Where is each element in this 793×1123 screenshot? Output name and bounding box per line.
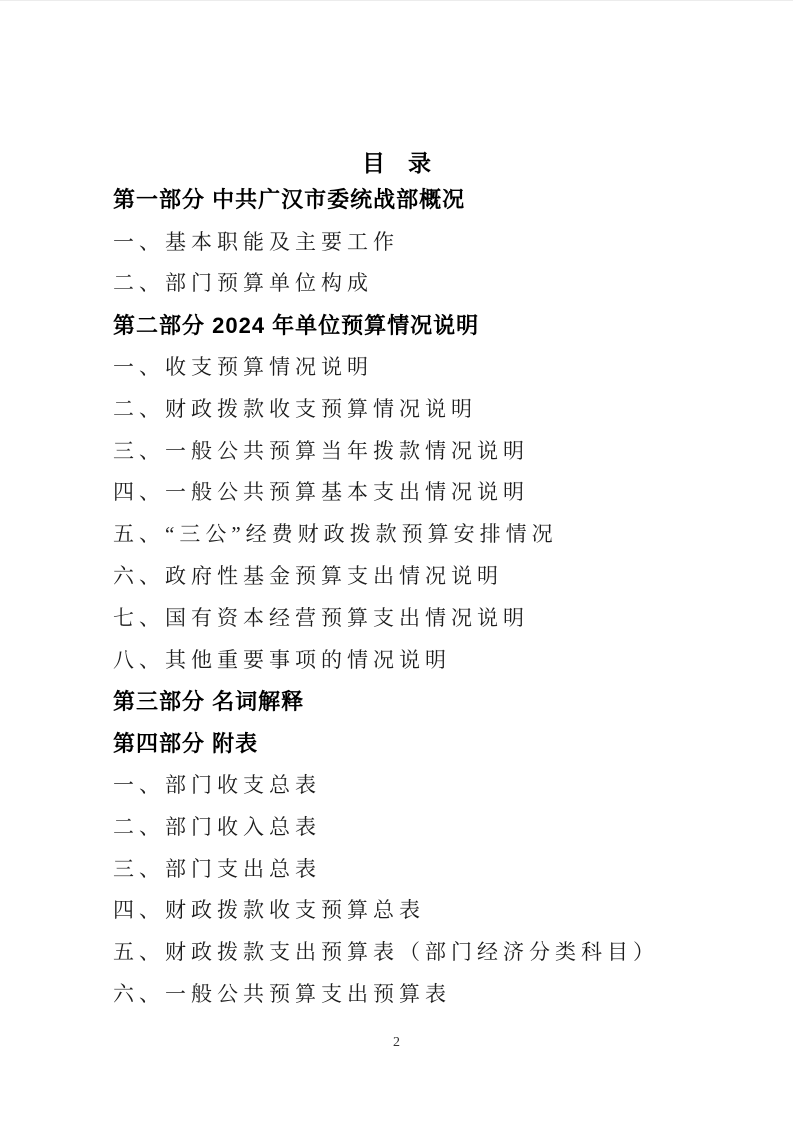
page-number: 2	[0, 1035, 793, 1051]
toc-item: 一、部门收支总表	[113, 763, 753, 805]
toc-item: 二、部门预算单位构成	[113, 262, 753, 304]
toc-item: 三、部门支出总表	[113, 847, 753, 889]
toc-item: 四、财政拨款收支预算总表	[113, 889, 753, 931]
toc-item: 四、一般公共预算基本支出情况说明	[113, 471, 753, 513]
toc-item: 五、财政拨款支出预算表（部门经济分类科目）	[113, 930, 753, 972]
table-of-contents: 第一部分 中共广汉市委统战部概况 一、基本职能及主要工作 二、部门预算单位构成 …	[113, 178, 753, 1014]
toc-heading-part3: 第三部分 名词解释	[113, 680, 753, 722]
toc-item: 一、基本职能及主要工作	[113, 220, 753, 262]
toc-heading-part4: 第四部分 附表	[113, 721, 753, 763]
page-title: 目 录	[0, 148, 793, 178]
toc-item: 六、一般公共预算支出预算表	[113, 972, 753, 1014]
toc-item: 二、财政拨款收支预算情况说明	[113, 387, 753, 429]
toc-item: 七、国有资本经营预算支出情况说明	[113, 596, 753, 638]
toc-item: 八、其他重要事项的情况说明	[113, 638, 753, 680]
document-page: 目 录 第一部分 中共广汉市委统战部概况 一、基本职能及主要工作 二、部门预算单…	[0, 0, 793, 1123]
toc-item: 五、“三公”经费财政拨款预算安排情况	[113, 512, 753, 554]
toc-item: 六、政府性基金预算支出情况说明	[113, 554, 753, 596]
toc-item: 三、一般公共预算当年拨款情况说明	[113, 429, 753, 471]
toc-heading-part2: 第二部分 2024 年单位预算情况说明	[113, 303, 753, 345]
toc-item: 一、收支预算情况说明	[113, 345, 753, 387]
toc-heading-part1: 第一部分 中共广汉市委统战部概况	[113, 178, 753, 220]
toc-item: 二、部门收入总表	[113, 805, 753, 847]
